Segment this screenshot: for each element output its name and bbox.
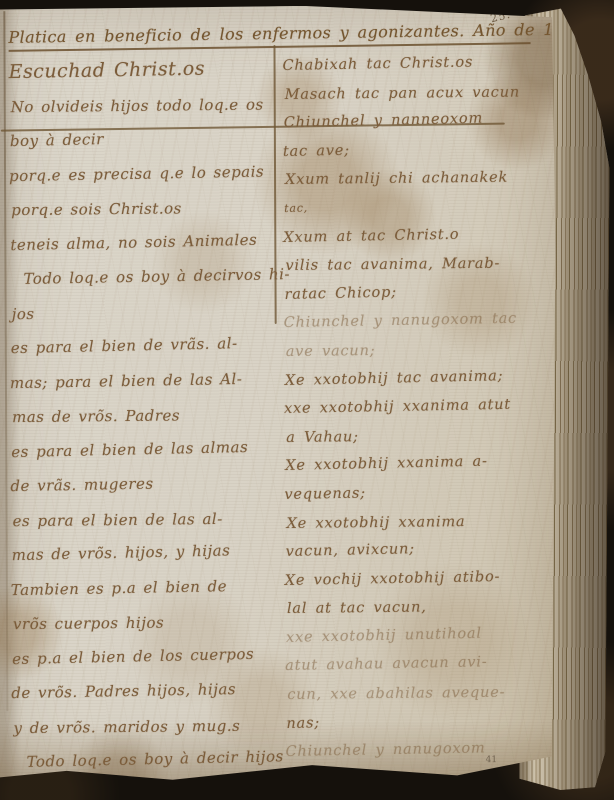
manuscript-line: atut avahau avacun avi- <box>285 648 535 681</box>
page-title: Platica en beneficio de los enfermos y a… <box>8 20 530 52</box>
manuscript-line: es para el bien de vrãs. al- <box>10 325 273 365</box>
manuscript-line: Xxum at tac Christ.o <box>283 219 533 252</box>
manuscript-line: porq.e es precisa q.e lo sepais <box>9 154 272 193</box>
manuscript-line: Chiunchel y nanneoxom <box>284 104 535 138</box>
manuscript-line: porq.e sois Christ.os <box>11 190 273 227</box>
manuscript-line: es para el bien de las almas <box>11 429 274 469</box>
manuscript-line: mas; para el bien de las Al- <box>10 361 273 400</box>
right-column-maya: Chabixah tac Christ.osMasach tac pan acu… <box>283 51 536 796</box>
manuscript-line: Xe vochij xxotobhij atibo- <box>285 562 535 595</box>
manuscript-line: vequenas; <box>284 476 534 509</box>
manuscript-line: es p.a el bien de los cuerpos <box>12 636 275 676</box>
manuscript-page: 25. Platica en beneficio de los enfermos… <box>0 5 558 785</box>
manuscript-line: tac ave; <box>283 133 533 166</box>
manuscript-line: Xe xxotobhij tac avanima; <box>285 361 536 395</box>
manuscript-line: Xe xxotobhij xxanima a- <box>285 447 536 481</box>
manuscript-line: vrõs cuerpos hijos <box>13 604 275 641</box>
manuscript-line: Todo loq.e os boy à decir hijos <box>12 739 275 779</box>
manuscript-line: Chiunchel y nanugoxom tac <box>283 305 533 338</box>
left-column-spanish: Escuchad Christ.osNo olvideis hijos todo… <box>9 54 274 780</box>
manuscript-line: de vrãs. mugeres <box>10 464 273 503</box>
manuscript-line: tac, <box>284 189 535 223</box>
manuscript-line: de vrõs. Padres hijos, hijas <box>11 671 274 710</box>
manuscript-photograph: 25. Platica en beneficio de los enfermos… <box>0 0 614 800</box>
manuscript-line: vacun, avixcun; <box>285 533 536 567</box>
manuscript-line: tuc ave vacun —— <box>288 764 538 795</box>
manuscript-line: Tambien es p.a el bien de <box>11 568 274 607</box>
manuscript-line: Chiunchel y nanugoxom <box>285 734 535 767</box>
manuscript-line: Todo loq.e os boy à decirvos hi- <box>9 257 272 296</box>
gutter-crease <box>3 11 8 711</box>
manuscript-line: Escuchad Christ.os <box>8 50 271 89</box>
pencil-annotation: 41 <box>486 755 497 765</box>
manuscript-line: mas de vrõs. hijos, y hijas <box>11 532 274 572</box>
manuscript-line: boy à decir <box>10 118 273 158</box>
manuscript-line: teneis alma, no sois Animales <box>10 222 273 262</box>
manuscript-line: mas de vrõs. Padres <box>12 397 274 434</box>
manuscript-line: Chabixah tac Christ.os <box>282 47 532 80</box>
manuscript-line: xxe xxotobhij xxanima atut <box>284 391 534 424</box>
